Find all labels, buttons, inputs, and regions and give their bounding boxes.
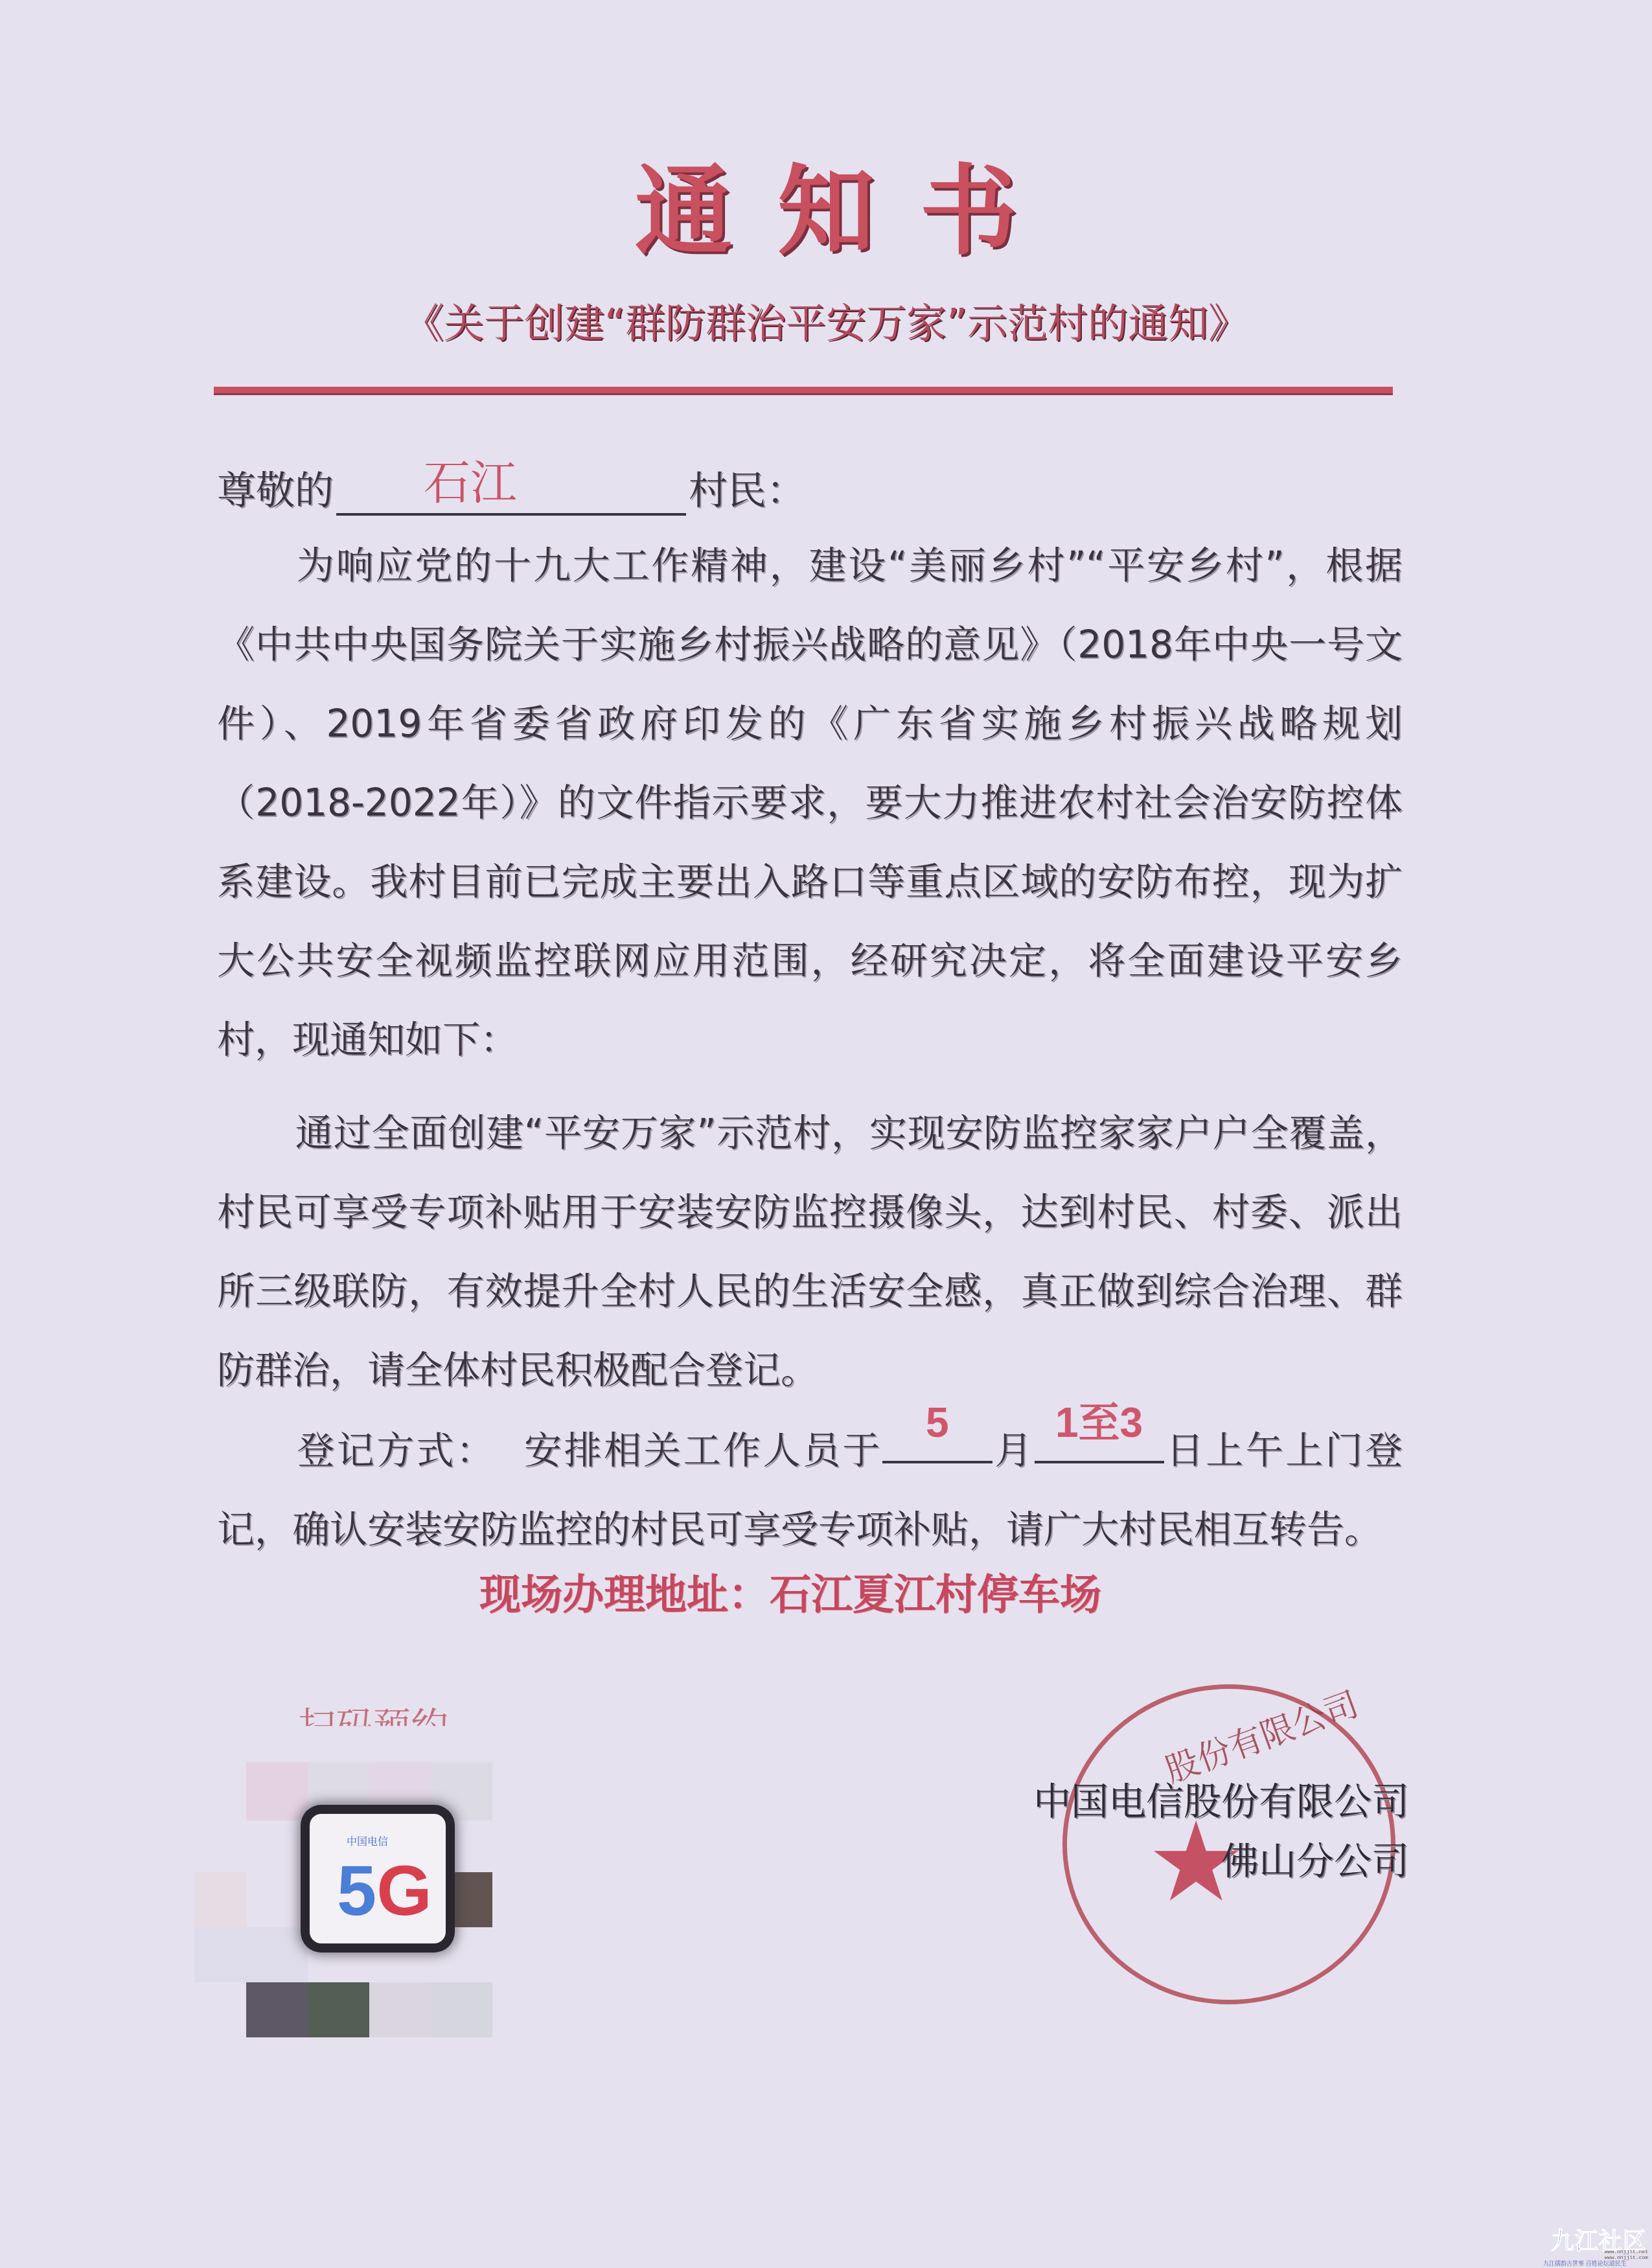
site-watermark: 九江社区 www.nhjjlt.net www.nhjjlt.com 九江儒韵古…	[1542, 2190, 1652, 2268]
onsite-address-note: 现场办理地址：石江夏江村停车场	[479, 1561, 1101, 1621]
issuer-branch: 佛山分公司	[1033, 1831, 1409, 1891]
document-title: 通知书	[0, 133, 1652, 273]
5g-logo-icon: 5G	[337, 1850, 432, 1932]
paragraph-text: 通过全面创建“平安万家”示范村，实现安防监控家家户户全覆盖，村民可享受专项补贴用…	[217, 1111, 1403, 1392]
greeting-prefix: 尊敬的	[217, 468, 334, 514]
issuer-company: 中国电信股份有限公司	[1033, 1772, 1409, 1831]
paragraph-program-description: 通过全面创建“平安万家”示范村，实现安防监控家家户户全覆盖，村民可享受专项补贴用…	[217, 1094, 1403, 1410]
registration-text-before: 安排相关工作人员于	[524, 1428, 882, 1472]
telecom-brand-text: 中国电信	[347, 1833, 388, 1848]
day-blank: 1至3	[1035, 1423, 1164, 1463]
document-subtitle: 《关于创建“群防群治平安万家”示范村的通知》	[0, 292, 1652, 349]
handwritten-days: 1至3	[1035, 1383, 1164, 1462]
name-blank: 石江	[336, 474, 686, 516]
registration-label: 登记方式：	[295, 1428, 496, 1472]
paragraph-policy-basis: 为响应党的十九大工作精神，建设“美丽乡村”“平安乡村”，根据《中共中央国务院关于…	[217, 526, 1403, 1079]
greeting-suffix: 村民：	[689, 468, 805, 514]
handwritten-village-name: 石江	[424, 445, 517, 512]
handwritten-month: 5	[882, 1383, 992, 1462]
issuer-signature: 中国电信股份有限公司 佛山分公司	[1033, 1772, 1409, 1891]
title-divider	[214, 387, 1393, 393]
month-blank: 5	[882, 1423, 992, 1463]
paragraph-registration: 登记方式： 安排相关工作人员于5月1至3日上午上门登记，确认安装安防监控的村民可…	[217, 1411, 1403, 1569]
greeting-line: 尊敬的石江村民：	[217, 460, 805, 516]
watermark-tagline: 九江儒韵古世事 百姓论坛道民生	[1543, 2259, 1627, 2267]
month-unit: 月	[992, 1428, 1035, 1472]
notice-document: 通知书 《关于创建“群防群治平安万家”示范村的通知》 尊敬的石江村民： 为响应党…	[0, 0, 1652, 2268]
paragraph-text: 为响应党的十九大工作精神，建设“美丽乡村”“平安乡村”，根据《中共中央国务院关于…	[217, 544, 1403, 1062]
